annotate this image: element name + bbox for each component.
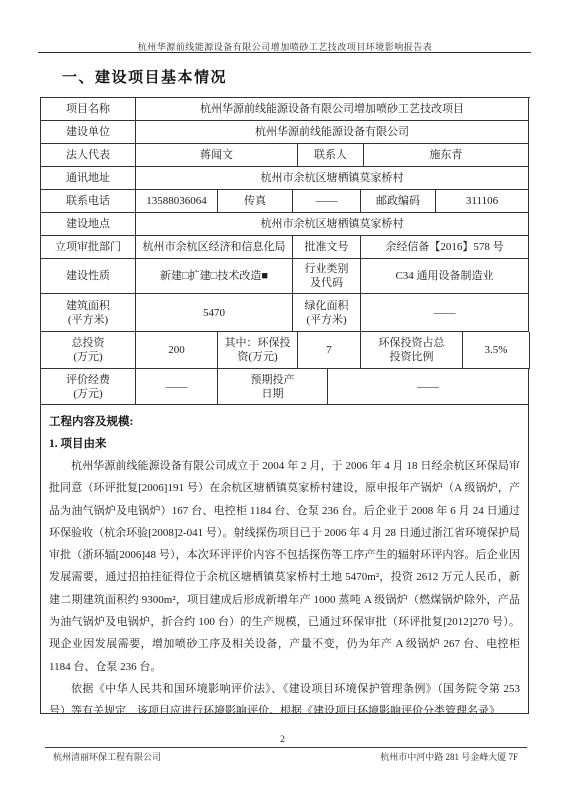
phone-label: 联系电话	[41, 190, 136, 213]
total-investment-value: 200	[136, 332, 218, 369]
postal-code-value: 311106	[436, 190, 529, 213]
table-row: 立项审批部门 杭州市余杭区经济和信息化局 批准文号 余经信备【2016】578 …	[41, 236, 530, 259]
green-area-value: ——	[361, 294, 529, 332]
table-row: 评价经费 (万元) —— 预期投产 日期 ——	[41, 369, 530, 405]
approval-department-label: 立项审批部门	[41, 236, 136, 259]
header-rule	[38, 52, 531, 53]
table-row: 建筑面积 (平方米) 5470 绿化面积 (平方米) ——	[41, 294, 530, 332]
table-row: 总投资 (万元) 200 其中：环保投 资(万元) 7 环保投资占总 投资比例 …	[41, 332, 530, 369]
content-subheading: 1. 项目由来	[49, 434, 520, 455]
contact-person-label: 联系人	[298, 144, 364, 167]
env-investment-ratio-label: 环保投资占总 投资比例	[361, 332, 463, 369]
footer-rule	[45, 747, 527, 748]
table-row: 联系电话 13588036064 传真 —— 邮政编码 311106	[41, 190, 530, 213]
table-row: 建设单位 杭州华源前线能源设备有限公司	[41, 121, 530, 144]
construction-nature-label: 建设性质	[41, 259, 136, 294]
industry-category-label: 行业类别 及代码	[293, 259, 361, 294]
mailing-address-value: 杭州市余杭区塘栖镇莫家桥村	[136, 167, 529, 190]
section-title: 一、建设项目基本情况	[62, 66, 227, 87]
green-area-label: 绿化面积 (平方米)	[293, 294, 361, 332]
content-paragraph: 杭州华源前线能源设备有限公司成立于 2004 年 2 月，于 2006 年 4 …	[49, 455, 520, 678]
table-row: 项目名称 杭州华源前线能源设备有限公司增加喷砂工艺技改项目	[41, 98, 530, 121]
construction-unit-value: 杭州华源前线能源设备有限公司	[136, 121, 529, 144]
evaluation-fee-value: ——	[136, 369, 218, 405]
construction-site-label: 建设地点	[41, 213, 136, 236]
env-investment-value: 7	[298, 332, 361, 369]
table-row: 通讯地址 杭州市余杭区塘栖镇莫家桥村	[41, 167, 530, 190]
postal-code-label: 邮政编码	[361, 190, 436, 213]
content-paragraph: 依据《中华人民共和国环境影响评价法》、《建设项目环境保护管理条例》（国务院令第 …	[49, 678, 520, 714]
table-row: 建设性质 新建□扩建□技术改造■ 行业类别 及代码 C34 通用设备制造业	[41, 259, 530, 294]
construction-site-value: 杭州市余杭区塘栖镇莫家桥村	[136, 213, 529, 236]
project-name-value: 杭州华源前线能源设备有限公司增加喷砂工艺技改项目	[136, 98, 529, 121]
legal-representative-value: 蒋闻文	[136, 144, 298, 167]
phone-value: 13588036064	[136, 190, 218, 213]
table-row: 工程内容及规模: 1. 项目由来 杭州华源前线能源设备有限公司成立于 2004 …	[41, 405, 530, 714]
env-investment-label: 其中：环保投 资(万元)	[218, 332, 298, 369]
fax-value: ——	[293, 190, 361, 213]
fax-label: 传真	[218, 190, 293, 213]
industry-category-value: C34 通用设备制造业	[361, 259, 529, 294]
expected-production-date-value: ——	[328, 369, 529, 405]
construction-nature-value: 新建□扩建□技术改造■	[136, 259, 293, 294]
approval-number-label: 批准文号	[293, 236, 361, 259]
project-content-cell: 工程内容及规模: 1. 项目由来 杭州华源前线能源设备有限公司成立于 2004 …	[41, 405, 529, 714]
evaluation-fee-label: 评价经费 (万元)	[41, 369, 136, 405]
floor-area-value: 5470	[136, 294, 293, 332]
document-page: 杭州华源前线能源设备有限公司增加喷砂工艺技改项目环境影响报告表 一、建设项目基本…	[0, 0, 565, 800]
approval-department-value: 杭州市余杭区经济和信息化局	[136, 236, 293, 259]
legal-representative-label: 法人代表	[41, 144, 136, 167]
contact-person-value: 施东青	[364, 144, 529, 167]
project-name-label: 项目名称	[41, 98, 136, 121]
floor-area-label: 建筑面积 (平方米)	[41, 294, 136, 332]
approval-number-value: 余经信备【2016】578 号	[361, 236, 529, 259]
page-number: 2	[0, 735, 565, 745]
env-investment-ratio-value: 3.5%	[463, 332, 530, 369]
table-row: 法人代表 蒋闻文 联系人 施东青	[41, 144, 530, 167]
footer-address: 杭州市中河中路 281 号金峰大厦 7F	[380, 750, 518, 763]
footer-company: 杭州清丽环保工程有限公司	[53, 750, 161, 763]
total-investment-label: 总投资 (万元)	[41, 332, 136, 369]
table-row: 建设地点 杭州市余杭区塘栖镇莫家桥村	[41, 213, 530, 236]
mailing-address-label: 通讯地址	[41, 167, 136, 190]
expected-production-date-label: 预期投产 日期	[218, 369, 328, 405]
content-heading: 工程内容及规模:	[49, 412, 520, 433]
construction-unit-label: 建设单位	[41, 121, 136, 144]
project-info-table: 项目名称 杭州华源前线能源设备有限公司增加喷砂工艺技改项目 建设单位 杭州华源前…	[40, 97, 530, 714]
